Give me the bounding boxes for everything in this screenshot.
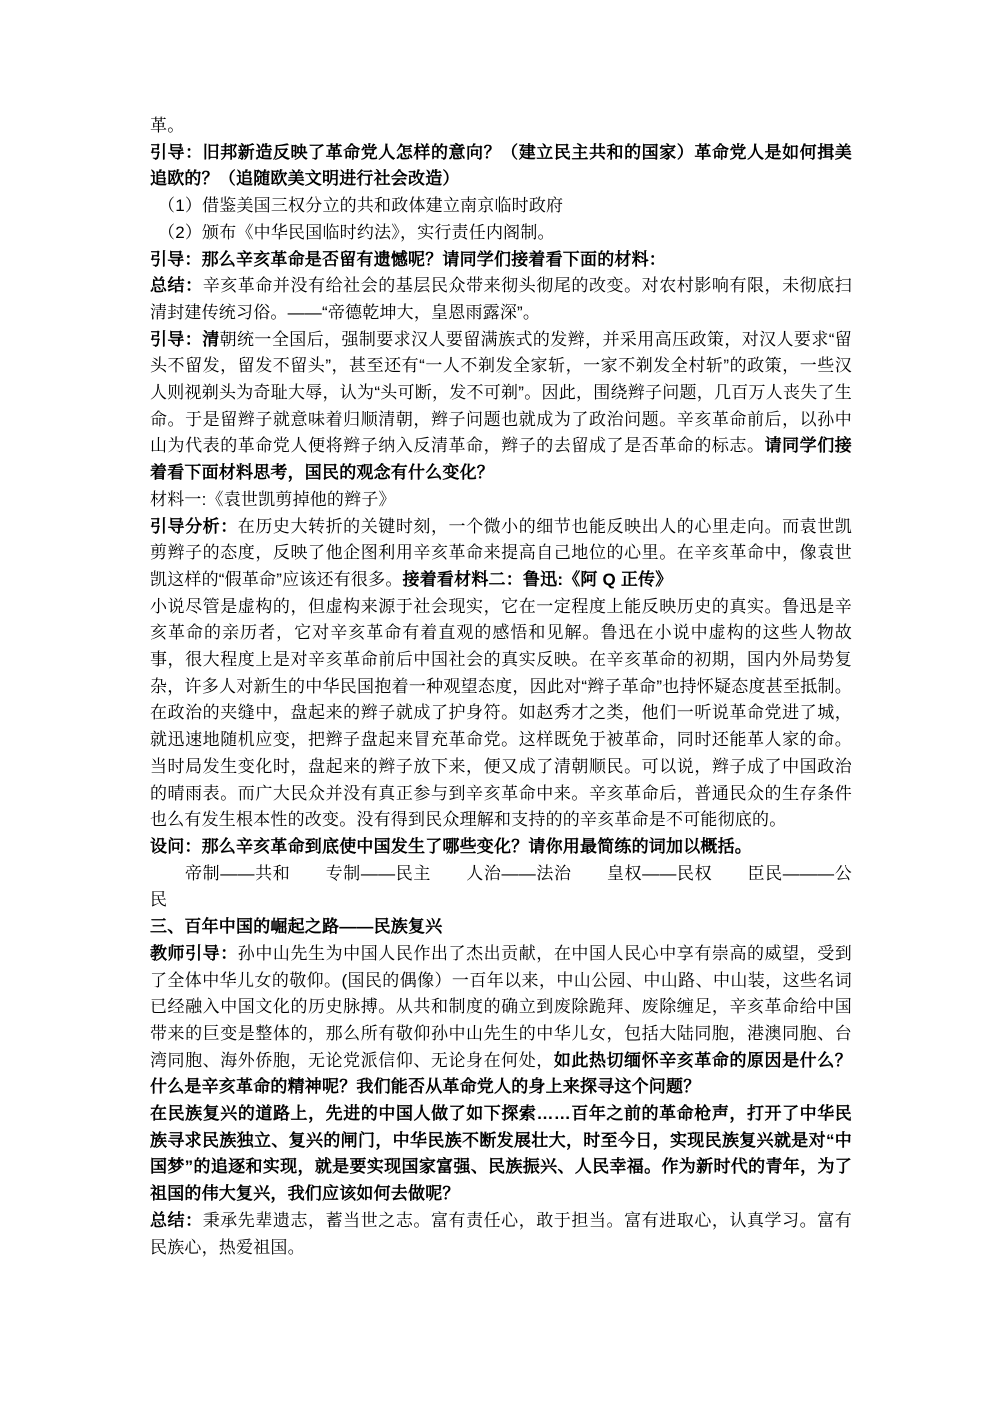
text-run: 秉承先辈遗志，蓄当世之志。富有责任心，敢于担当。富有进取心，认真学习。富有民族心… [150, 1211, 852, 1257]
text-run: 小说尽管是虚构的，但虚构来源于社会现实，它在一定程度上能反映历史的真实。鲁迅是辛… [150, 597, 852, 830]
paragraph: 小说尽管是虚构的，但虚构来源于社会现实，它在一定程度上能反映历史的真实。鲁迅是辛… [150, 594, 852, 834]
paragraph: 引导：清朝统一全国后，强制要求汉人要留满族式的发辫，并采用高压政策，对汉人要求“… [150, 327, 852, 487]
paragraph: 设问：那么辛亥革命到底使中国发生了哪些变化？请你用最简练的词加以概括。 [150, 834, 852, 861]
text-run: 帝制——共和 专制——民主 人治——法治 皇权——民权 臣民———公民 [150, 864, 852, 910]
text-run: 革。 [150, 116, 184, 135]
text-run: 辛亥革命并没有给社会的基层民众带来彻头彻尾的改变。对农村影响有限，未彻底扫清封建… [150, 276, 852, 322]
bold-text-run: 设问：那么辛亥革命到底使中国发生了哪些变化？请你用最简练的词加以概括。 [150, 837, 752, 856]
paragraph: 帝制——共和 专制——民主 人治——法治 皇权——民权 臣民———公民 [150, 861, 852, 914]
bold-text-run: 引导分析： [150, 517, 238, 536]
paragraph: 引导：那么辛亥革命是否留有遗憾呢？请同学们接着看下面的材料： [150, 247, 852, 274]
paragraph: 三、百年中国的崛起之路——民族复兴 [150, 914, 852, 941]
bold-text-run: 教师引导： [150, 944, 238, 963]
bold-text-run: 接着看材料二：鲁迅:《阿 Q 正传》 [403, 570, 673, 589]
document-page: 革。引导：旧邦新造反映了革命党人怎样的意向？（建立民主共和的国家）革命党人是如何… [0, 0, 1000, 1414]
text-run: （2）颁布《中华民国临时约法》，实行责任内阁制。 [158, 223, 555, 242]
paragraph: 引导：旧邦新造反映了革命党人怎样的意向？（建立民主共和的国家）革命党人是如何揖美… [150, 140, 852, 193]
text-run: （1）借鉴美国三权分立的共和政体建立南京临时政府 [158, 196, 563, 215]
bold-text-run: 总结： [150, 1211, 203, 1230]
bold-text-run: 引导：那么辛亥革命是否留有遗憾呢？请同学们接着看下面的材料： [150, 250, 666, 269]
bold-text-run: 引导：清 [150, 330, 220, 349]
bold-text-run: 引导：旧邦新造反映了革命党人怎样的意向？（建立民主共和的国家）革命党人是如何揖美… [150, 143, 852, 189]
paragraph: 总结：辛亥革命并没有给社会的基层民众带来彻头彻尾的改变。对农村影响有限，未彻底扫… [150, 273, 852, 326]
paragraph: 革。 [150, 113, 852, 140]
paragraph: （1）借鉴美国三权分立的共和政体建立南京临时政府 [150, 193, 852, 220]
text-run: 朝统一全国后，强制要求汉人要留满族式的发辫，并采用高压政策，对汉人要求“留头不留… [150, 330, 852, 456]
paragraph: 教师引导：孙中山先生为中国人民作出了杰出贡献，在中国人民心中享有崇高的威望，受到… [150, 941, 852, 1101]
paragraph: 材料一:《袁世凯剪掉他的辫子》 [150, 487, 852, 514]
paragraph: 总结：秉承先辈遗志，蓄当世之志。富有责任心，敢于担当。富有进取心，认真学习。富有… [150, 1208, 852, 1261]
bold-text-run: 在民族复兴的道路上，先进的中国人做了如下探索……百年之前的革命枪声，打开了中华民… [150, 1104, 852, 1203]
document-text-area: 革。引导：旧邦新造反映了革命党人怎样的意向？（建立民主共和的国家）革命党人是如何… [150, 113, 852, 1261]
paragraph: 引导分析：在历史大转折的关键时刻，一个微小的细节也能反映出人的心里走向。而袁世凯… [150, 514, 852, 594]
text-run: 材料一:《袁世凯剪掉他的辫子》 [150, 490, 396, 509]
paragraph: （2）颁布《中华民国临时约法》，实行责任内阁制。 [150, 220, 852, 247]
bold-text-run: 三、百年中国的崛起之路——民族复兴 [150, 917, 442, 936]
paragraph: 在民族复兴的道路上，先进的中国人做了如下探索……百年之前的革命枪声，打开了中华民… [150, 1101, 852, 1208]
bold-text-run: 总结： [150, 276, 203, 295]
